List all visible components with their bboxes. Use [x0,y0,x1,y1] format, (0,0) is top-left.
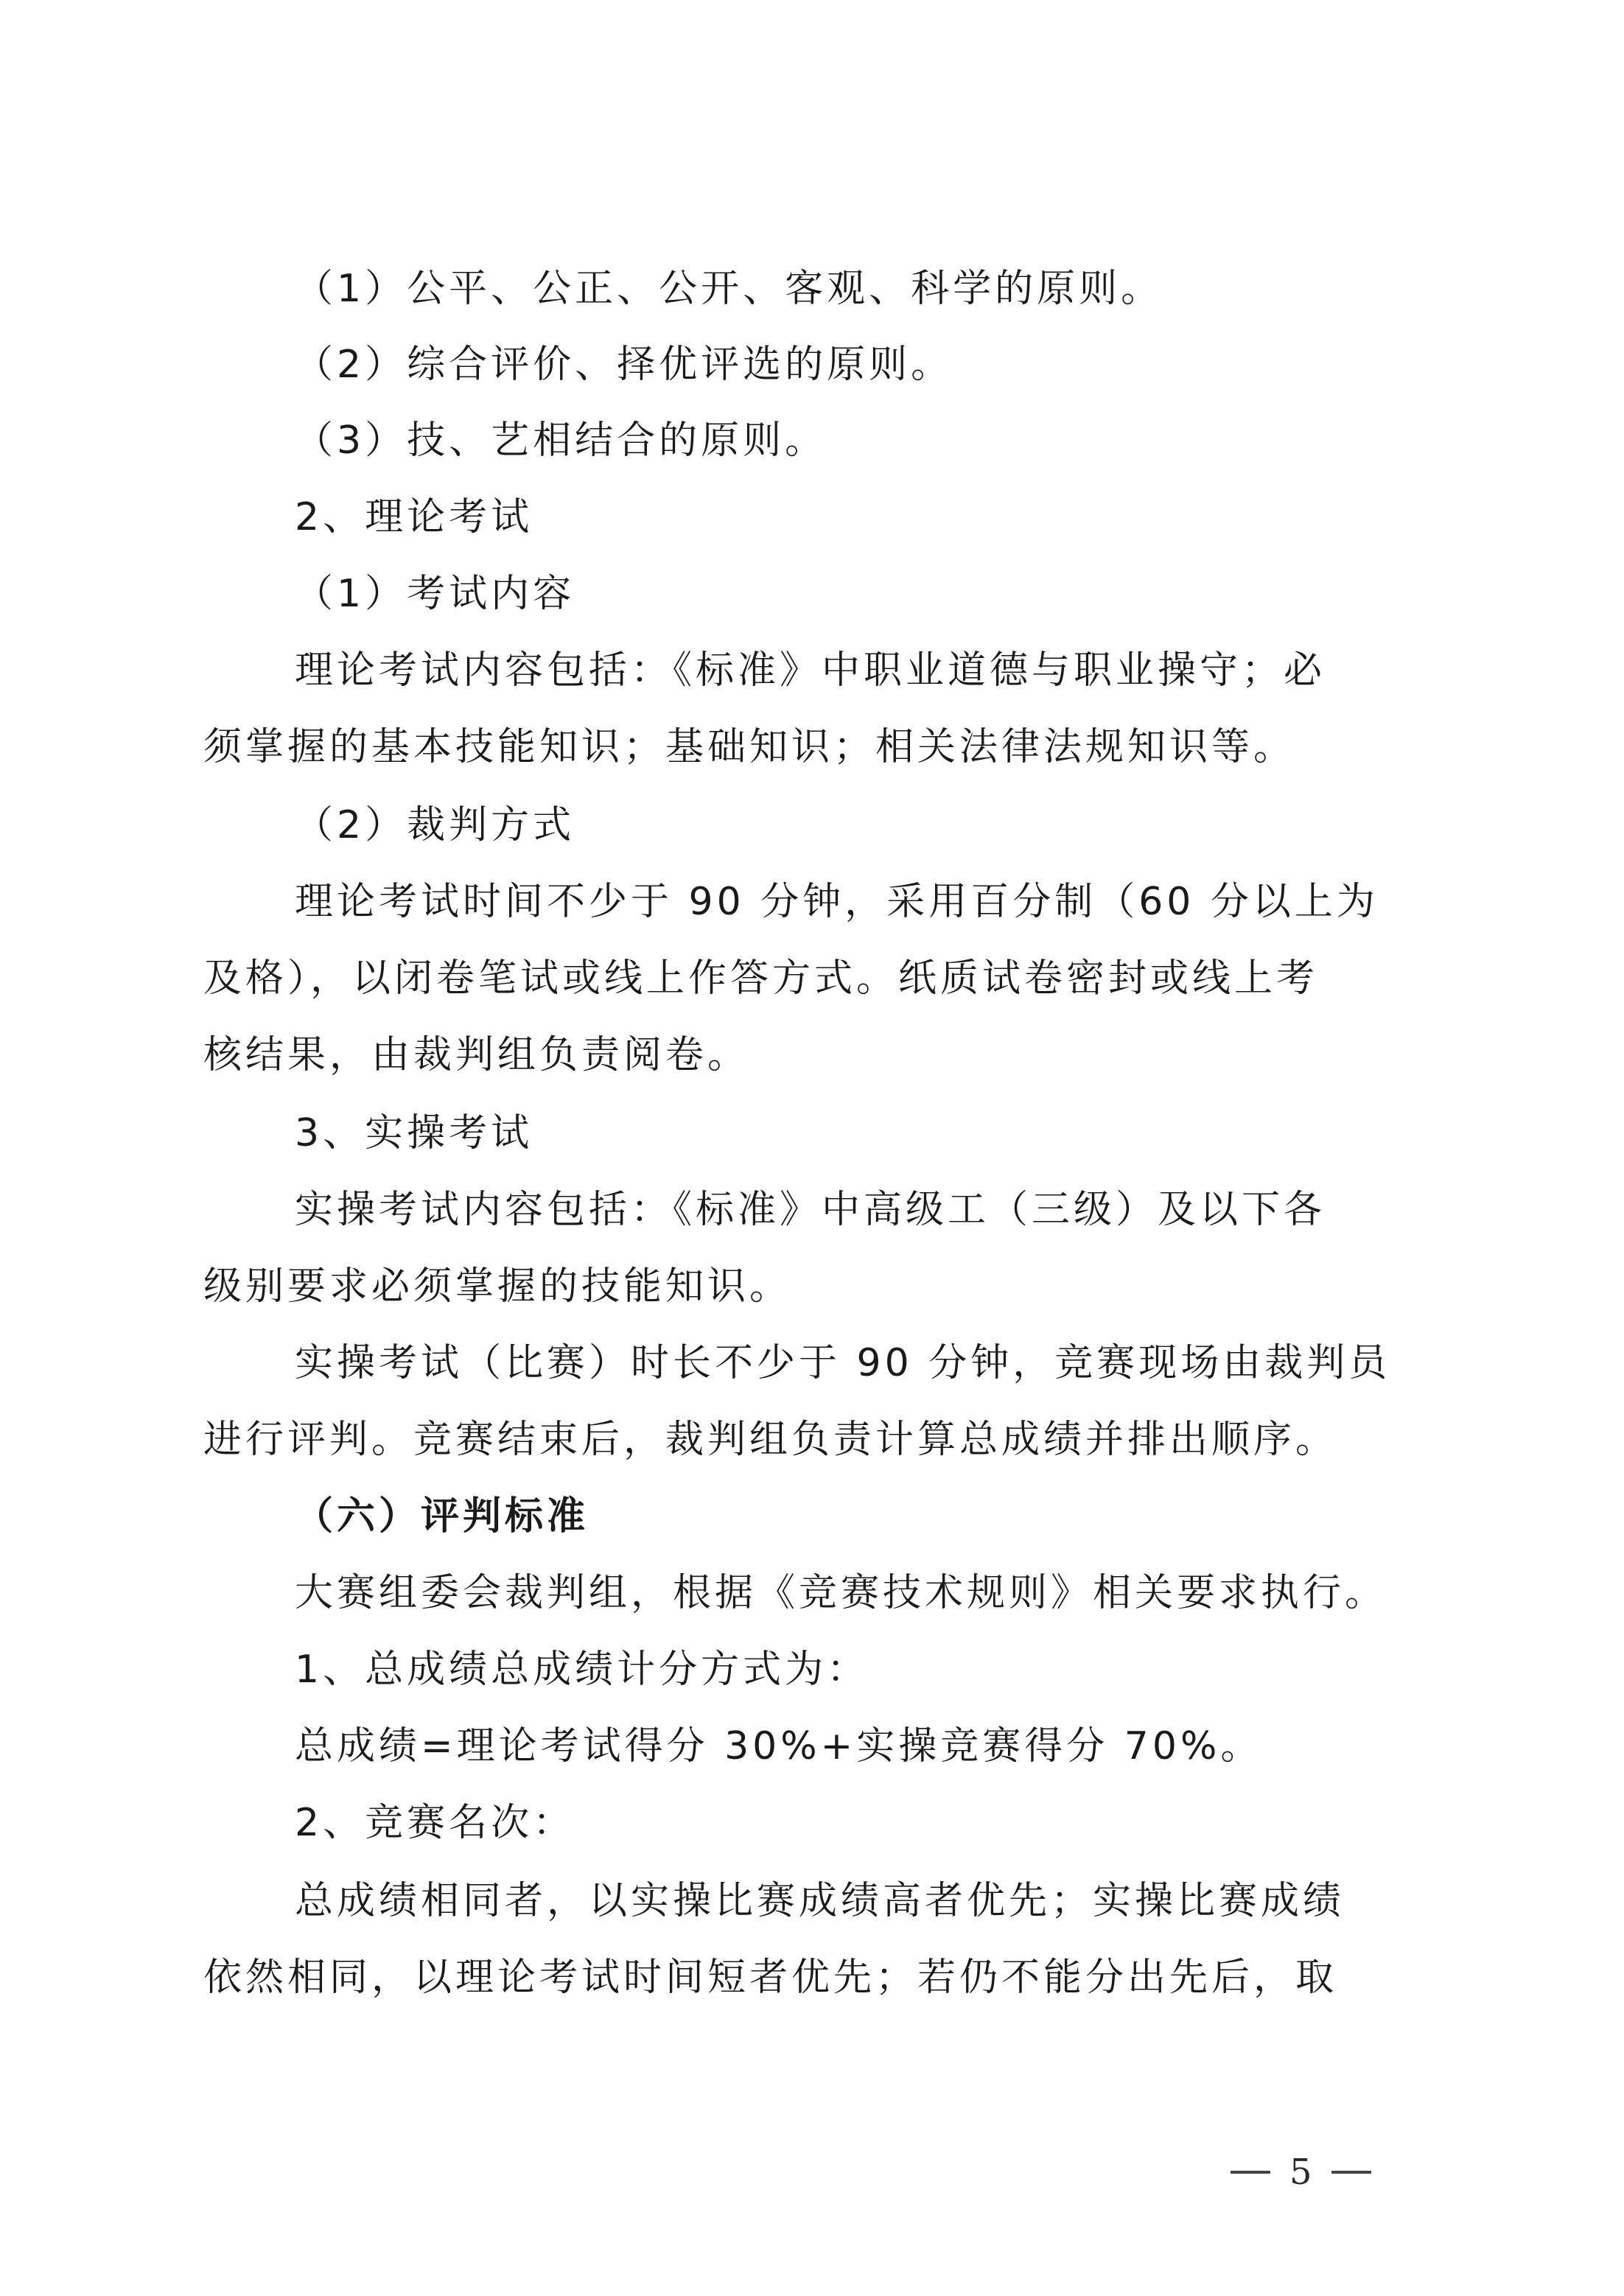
theory-judging-text-end: 核结果，由裁判组负责阅卷。 [203,1033,1397,1077]
criteria-heading: （六）评判标准 [295,1494,1488,1539]
page-number-value: 5 [1289,2150,1312,2194]
theory-content-text-cont: 须掌握的基本技能知识；基础知识；相关法律法规知识等。 [203,725,1397,769]
principle-3: （3）技、艺相结合的原则。 [295,419,1488,463]
theory-judging-text: 理论考试时间不少于 90 分钟，采用百分制（60 分以上为 [295,880,1397,924]
practical-content-text-cont: 级别要求必须掌握的技能知识。 [203,1264,1397,1309]
theory-content-text: 理论考试内容包括：《标准》中职业道德与职业操守；必 [295,648,1397,693]
scoring-formula: 总成绩=理论考试得分 30%+实操竞赛得分 70%。 [295,1724,1488,1768]
scoring-heading: 1、总成绩总成绩计分方式为： [295,1648,1488,1692]
ranking-text: 总成绩相同者，以实操比赛成绩高者优先；实操比赛成绩 [295,1879,1397,1923]
practical-duration-text-cont: 进行评判。竞赛结束后，裁判组负责计算总成绩并排出顺序。 [203,1418,1397,1462]
ranking-text-cont: 依然相同，以理论考试时间短者优先；若仍不能分出先后，取 [203,1956,1397,2000]
principle-1: （1）公平、公正、公开、客观、科学的原则。 [295,267,1488,311]
theory-judging-heading: （2）裁判方式 [295,803,1488,847]
theory-exam-heading: 2、理论考试 [295,495,1488,539]
practical-content-text: 实操考试内容包括：《标准》中高级工（三级）及以下各 [295,1188,1397,1232]
principle-2: （2）综合评价、择优评选的原则。 [295,343,1488,387]
theory-content-heading: （1）考试内容 [295,572,1488,616]
practical-exam-heading: 3、实操考试 [295,1111,1488,1155]
theory-judging-text-cont: 及格），以闭卷笔试或线上作答方式。纸质试卷密封或线上考 [203,956,1397,1001]
page-number-dash-left [1231,2171,1270,2174]
ranking-heading: 2、竞赛名次： [295,1801,1488,1845]
page-number-dash-right [1331,2171,1371,2174]
criteria-intro: 大赛组委会裁判组，根据《竞赛技术规则》相关要求执行。 [295,1571,1488,1615]
page-number: 5 [1231,2150,1371,2194]
document-page: （1）公平、公正、公开、客观、科学的原则。 （2）综合评价、择优评选的原则。 （… [0,0,1624,2296]
practical-duration-text: 实操考试（比赛）时长不少于 90 分钟，竞赛现场由裁判员 [295,1341,1397,1385]
